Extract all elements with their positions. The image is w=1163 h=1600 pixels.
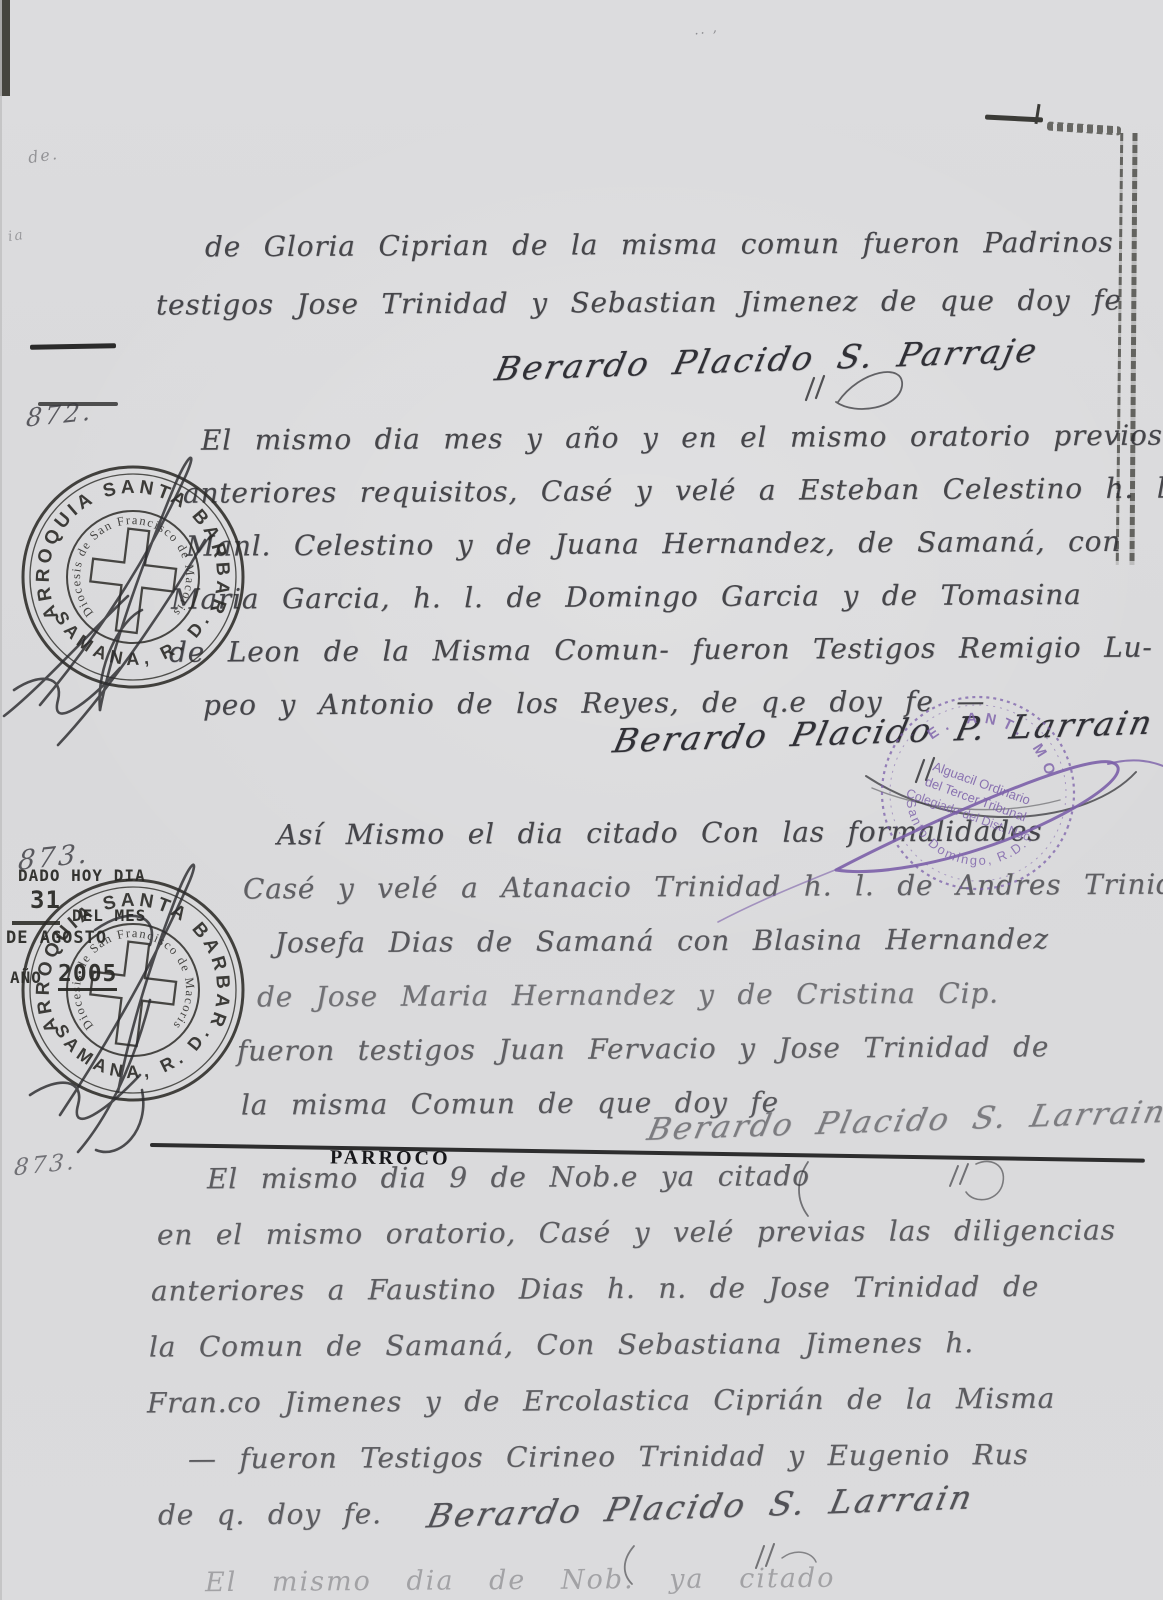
notary-stamp-line1: Alguacil Ordinario [931, 759, 1033, 808]
handwritten-line: Casé y velé a Atanacio Trinidad h. l. de… [243, 867, 1163, 926]
date-stamp-line3: DE AGOSTO [6, 928, 107, 948]
handwritten-line: de Gloria Ciprian de la misma comun fuer… [205, 226, 1122, 289]
scanned-document-page: de. ia .. , 872. 873. 873. de Gloria Cip… [0, 0, 1163, 1600]
handwritten-line: El mismo dia mes y año y en el mismo ora… [201, 418, 1163, 476]
margin-ink-dash [30, 343, 116, 350]
handwritten-line: El mismo dia 9 de Nob.e ya citado [207, 1158, 1116, 1219]
handwritten-line: anteriores a Faustino Dias h. n. de Jose… [151, 1269, 1116, 1330]
entry-act-872: El mismo dia mes y año y en el mismo ora… [0, 421, 1163, 739]
handwritten-line: Josefa Dias de Samaná con Blasina Hernan… [275, 922, 1163, 981]
handwritten-line: Así Mismo el dia citado Con las formalid… [277, 814, 1163, 873]
handwritten-line: la Comun de Samaná, Con Sebastiana Jimen… [149, 1325, 1116, 1386]
faint-top-mark: .. , [693, 20, 719, 38]
date-stamp-line2: DEL MES [72, 906, 146, 925]
handwritten-line: Maria Garcia, h. l. de Domingo Garcia y … [171, 577, 1163, 636]
handwritten-line: fueron testigos Juan Fervacio y Jose Tri… [237, 1029, 1163, 1088]
scan-smudge [1047, 121, 1121, 135]
handwritten-line: de Leon de la Misma Comun- fueron Testig… [169, 630, 1163, 689]
handwritten-line: Manl. Celestino y de Juana Hernandez, de… [186, 524, 1163, 582]
entry-act-873: Así Mismo el dia citado Con las formalid… [0, 816, 1163, 1140]
date-stamp-bar [12, 921, 60, 925]
faint-next-entry-line: El mismo dia de Nob. ya citado [205, 1563, 836, 1598]
date-stamp-line4: AÑO [10, 968, 42, 987]
date-stamp-year: 2005 [58, 961, 117, 991]
faint-margin-mark: de. [27, 144, 60, 167]
handwritten-line: en el mismo oratorio, Casé y velé previa… [157, 1213, 1116, 1274]
date-stamp-line1: DADO HOY DIA [18, 866, 146, 885]
handwritten-line: de Jose Maria Hernandez y de Cristina Ci… [257, 976, 1163, 1035]
entry-previous-act: de Gloria Ciprian de la misma comun fuer… [0, 228, 1122, 344]
handwritten-line: Fran.co Jimenes y de Ercolastica Ciprián… [147, 1381, 1116, 1442]
date-stamp-day: 31 [30, 886, 61, 914]
handwritten-line: anteriores requisitos, Casé y velé a Est… [183, 471, 1163, 530]
